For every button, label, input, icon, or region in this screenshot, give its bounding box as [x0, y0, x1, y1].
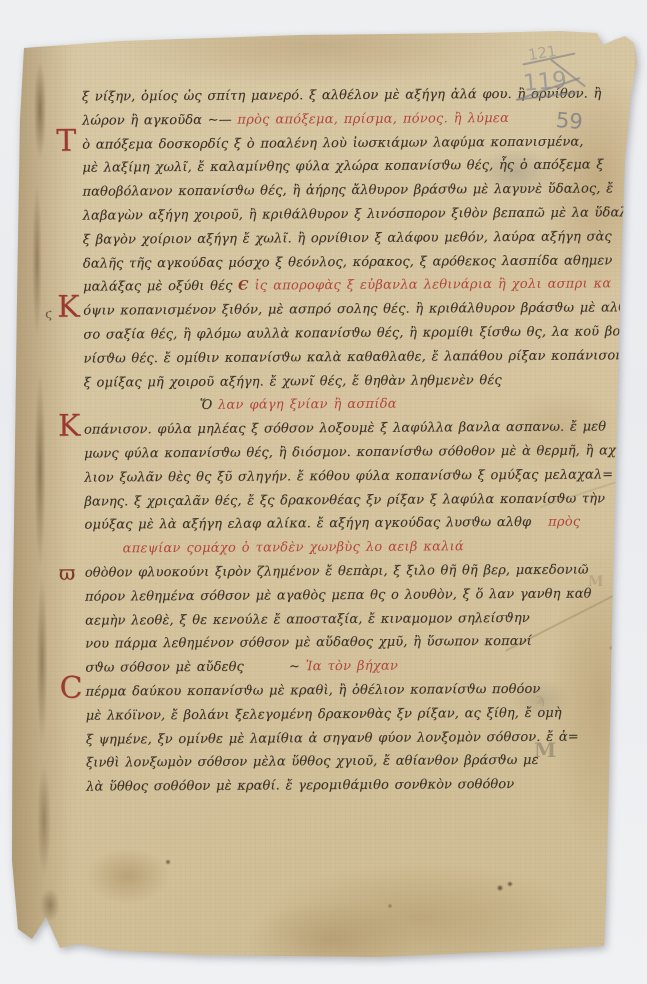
manuscript-line: μωνς φύλα κοπανίσϑω θές, ἢ διόσμον. κοπα… — [84, 439, 608, 466]
rubric-initial: Τ — [56, 129, 76, 153]
text-segment: μὲ λκόϊνον, ἔ βολάνι ξελεγομένη δρακονθὰ… — [86, 705, 562, 723]
manuscript-line: δαλῆς τῆς αγκούδας μόσχο ξ θεόνλος, κόρα… — [83, 249, 607, 276]
manuscript-line: ξ νίξην, ὁμίος ὡς σπίτη μανερό. ξ αλθέλο… — [82, 82, 606, 109]
text-segment: ξ ομίξας μῆ χοιροῦ αξήγη. ἔ χωνῖ θές, ἔ … — [84, 373, 502, 391]
rubric-segment: Ἰα τὸν βήχαν — [300, 659, 398, 675]
manuscript-line: λώρον ἢ αγκοῦδα ∼— πρὸς απόξεμα, πρίσμα,… — [82, 106, 606, 133]
pencil-number-121: 121 — [527, 42, 558, 64]
manuscript-line: βανης. ξ χριςαλᾶν θές, ἔ ξς δρακονθέας ξ… — [84, 487, 608, 514]
text-segment: ξ ψημένε, ξν ομίνθε μὲ λαμίθια ἀ σηγανθ … — [86, 729, 579, 747]
manuscript-line: ξινθὶ λονξωμὸν σόθσον μὲλα ὕθθος χγιοῦ, … — [86, 749, 610, 776]
margin-note: ϛ — [45, 303, 52, 327]
text-block: ξ νίξην, ὁμίος ὡς σπίτη μανερό. ξ αλθέλο… — [82, 82, 610, 799]
rubric-segment: πρὸς απόξεμα, πρίσμα, πόνος. ἢ λύμεα — [237, 111, 509, 128]
manuscript-line: ομύξας μὲ λὰ αξήγη ελαφ αλίκα. ἔ αξήγη α… — [84, 511, 608, 538]
rubric-segment: Є — [238, 279, 255, 294]
manuscript-line: σϑω σόθσον μὲ αὔδεθς ∼ Ἰα τὸν βήχαν — [85, 654, 609, 681]
manuscript-line: αεμὴν λεοθὲ, ξ θε κενούλε ἔ αποσταξία, ἔ… — [85, 606, 609, 633]
photo-background: ξ νίξην, ὁμίος ὡς σπίτη μανερό. ξ αλθέλο… — [0, 0, 647, 984]
text-segment: ξινθὶ λονξωμὸν σόθσον μὲλα ὕθθος χγιοῦ, … — [86, 753, 539, 771]
text-segment: λώρον ἢ αγκοῦδα ∼— — [82, 112, 237, 128]
pencil-strike — [522, 52, 575, 65]
manuscript-line: παθοβόλανον κοπανίσϑω θές, ἢ ἀήρης ἄλθυρ… — [82, 178, 606, 205]
text-segment: λὰ ὕθθος σοθόθον μὲ κραθί. ἔ γερομιθάμιθ… — [86, 777, 514, 795]
text-segment: πόρον λεθημένα σόθσον μὲ αγαθὸς μεπα θς … — [85, 586, 592, 604]
manuscript-line: μαλάξας μὲ οξύθι θές Є ἰς αποροφὰς ξ εὐβ… — [83, 273, 607, 300]
manuscript-line: σο σαξία θές, ἢ φλόμω αυλλὰ κοπανίσϑω θέ… — [83, 320, 607, 347]
rubric-segment: πρὸς — [548, 515, 580, 530]
text-segment: μαλάξας μὲ οξύθι θές — [83, 279, 238, 295]
text-segment: νίσϑω θές. ἔ ομίθιν κοπανίσϑω καλὰ καθαθ… — [83, 348, 623, 366]
text-segment: σϑω σόθσον μὲ αὔδεθς ∼ — [85, 659, 300, 675]
text-segment: λιον ξωλᾶν θὲς θς ξῦ σληγήν. ἔ κόθου φύλ… — [84, 467, 613, 485]
page-shadow: ξ νίξην, ὁμίος ὡς σπίτη μανερό. ξ αλθέλο… — [0, 0, 647, 984]
manuscript-line: ξ ψημένε, ξν ομίνθε μὲ λαμίθια ἀ σηγανθ … — [86, 725, 610, 752]
manuscript-line: ϛΚόψιν κοπανισμένον ξιθόν, μὲ ασπρό σολη… — [83, 297, 607, 324]
rubric-initial: Κ — [57, 296, 80, 320]
manuscript-line: ξ βαγὸν χοίριον αξήγη ἔ χωλῖ. ἢ ορνίθιον… — [83, 225, 607, 252]
text-segment: λαβαγὼν αξήγη χοιροῦ, ἢ κριθάλθυρον ξ λι… — [83, 205, 643, 223]
text-segment: πέρμα δαύκου κοπανίσϑω μὲ κραθὶ, ἢ ὀθέλι… — [85, 682, 540, 700]
manuscript-line: Ὅ λαν φάγη ξνίαν ἢ ασπίδα — [84, 392, 608, 419]
manuscript-line: μὲ λαξίμη χωλῖ, ἔ καλαμίνθης φύλα χλώρα … — [82, 154, 606, 181]
text-segment: οθὸθον φλυοκούνι ξιρὸν ζλημένον ἔ θεπὰρι… — [85, 562, 589, 580]
text-segment: οπάνισον. φύλα μηλέας ξ σόθσον λοξουμὲ ξ… — [84, 420, 606, 438]
rubric-initial: Κ — [58, 415, 81, 439]
manuscript-line: Ϲπέρμα δαύκου κοπανίσϑω μὲ κραθὶ, ἢ ὀθέλ… — [85, 677, 609, 704]
text-segment: παθοβόλανον κοπανίσϑω θές, ἢ ἀήρης ἄλθυρ… — [82, 182, 613, 200]
text-segment: μὲ λαξίμη χωλῖ, ἔ καλαμίνθης φύλα χλώρα … — [82, 158, 603, 176]
text-segment: ομύξας μὲ λὰ αξήγη ελαφ αλίκα. ἔ αξήγη α… — [84, 515, 548, 533]
manuscript-page: ξ νίξην, ὁμίος ὡς σπίτη μανερό. ξ αλθέλο… — [0, 0, 647, 984]
text-segment: σο σαξία θές, ἢ φλόμω αυλλὰ κοπανίσϑω θέ… — [83, 324, 647, 343]
manuscript-line: ξ ομίξας μῆ χοιροῦ αξήγη. ἔ χωνῖ θές, ἔ … — [84, 368, 608, 395]
rubric-segment: λαν φάγη ξνίαν ἢ ασπίδα — [218, 397, 397, 413]
manuscript-line: λὰ ὕθθος σοθόθον μὲ κραθί. ἔ γερομιθάμιθ… — [86, 773, 610, 800]
text-segment: μωνς φύλα κοπανίσϑω θές, ἢ διόσμον. κοπα… — [84, 443, 616, 461]
text-segment: ξ νίξην, ὁμίος ὡς σπίτη μανερό. ξ αλθέλο… — [82, 86, 602, 104]
text-segment: αεμὴν λεοθὲ, ξ θε κενούλε ἔ αποσταξία, ἔ… — [85, 610, 530, 628]
text-segment: ὸ απόξεμα δοσκορδίς ξ ὸ ποαλένη λοὺ ἰωσκ… — [82, 134, 583, 152]
manuscript-line: νίσϑω θές. ἔ ομίθιν κοπανίσϑω καλὰ καθαθ… — [83, 344, 607, 371]
text-segment: δαλῆς τῆς αγκούδας μόσχο ξ θεόνλος, κόρα… — [83, 253, 613, 271]
text-segment: ξ βαγὸν χοίριον αξήγη ἔ χωλῖ. ἢ ορνίθιον… — [83, 229, 612, 247]
manuscript-line: Τὸ απόξεμα δοσκορδίς ξ ὸ ποαλένη λοὺ ἰωσ… — [82, 130, 606, 157]
manuscript-line: Κοπάνισον. φύλα μηλέας ξ σόθσον λοξουμὲ … — [84, 416, 608, 443]
manuscript-line: απεψίαν ςομάχο ὁ τανδὲν χωνβὺς λο αειβ κ… — [85, 535, 609, 562]
manuscript-line: πόρον λεθημένα σόθσον μὲ αγαθὸς μεπα θς … — [85, 582, 609, 609]
rubric-initial: Ϲ — [59, 677, 82, 701]
manuscript-line: νου πάρμα λεθημένον σόθσον μὲ αὕδαθος χμ… — [85, 630, 609, 657]
manuscript-line: μὲ λκόϊνον, ἔ βολάνι ξελεγομένη δρακονθὰ… — [86, 701, 610, 728]
rubric-segment: ἰς αποροφὰς ξ εὐβανλα λεθινάρια ἢ χολι α… — [255, 277, 612, 294]
text-segment: βανης. ξ χριςαλᾶν θές, ἔ ξς δρακονθέας ξ… — [84, 491, 605, 509]
manuscript-line: λιον ξωλᾶν θὲς θς ξῦ σληγήν. ἔ κόθου φύλ… — [84, 463, 608, 490]
rubric-segment: απεψίαν ςομάχο ὁ τανδὲν χωνβὺς λο αειβ κ… — [123, 539, 464, 556]
manuscript-line: ϖοθὸθον φλυοκούνι ξιρὸν ζλημένον ἔ θεπὰρ… — [85, 558, 609, 585]
manuscript-line: λαβαγὼν αξήγη χοιροῦ, ἢ κριθάλθυρον ξ λι… — [83, 201, 607, 228]
text-segment: Ὅ — [200, 398, 218, 413]
rubric-initial: ϖ — [59, 562, 76, 586]
text-segment: όψιν κοπανισμένον ξιθόν, μὲ ασπρό σολης … — [83, 300, 647, 319]
text-segment: νου πάρμα λεθημένον σόθσον μὲ αὕδαθος χμ… — [85, 634, 532, 652]
